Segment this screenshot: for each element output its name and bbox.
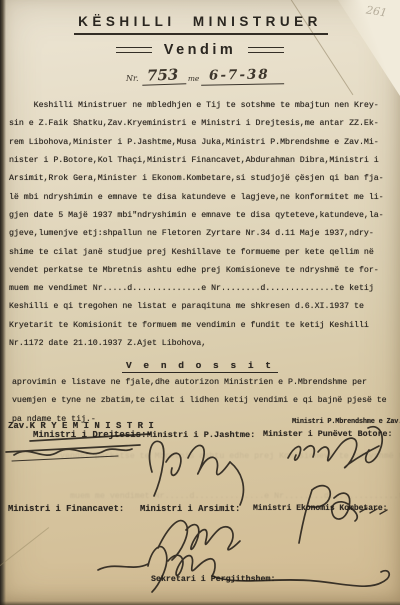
label-secretary-general: Sekretari i Pergjithshem:: [151, 575, 275, 584]
label-finance-minister: Ministri i Financavet:: [8, 504, 124, 514]
document-page: 261 KËSHILLI MINISTRUER Vendim Nr. 753 m…: [0, 0, 400, 605]
right-dash-ornament: [248, 47, 284, 53]
body-line: Keshilli Ministruer ne mbledhjen e Tij t…: [9, 97, 397, 115]
decision-date-handwritten: 6-7-38: [201, 66, 284, 85]
title-underline: [74, 33, 328, 35]
paper-left-edge: [0, 0, 6, 605]
left-dash-ornament: [116, 47, 152, 53]
decision-number-handwritten: 753: [141, 65, 186, 86]
body-line: shime te cilat janë studjue prej Keshill…: [9, 244, 397, 262]
subtitle-row: Vendim: [0, 42, 400, 58]
document-subtitle: Vendim: [164, 42, 237, 58]
nr-label: Nr.: [126, 74, 139, 85]
body-line: vuemjen e tyne ne zbatim,te cilat i lidh…: [12, 392, 398, 410]
decision-heading: V e n d o s s i t: [0, 355, 400, 373]
me-label: me: [186, 74, 202, 85]
body-line: nister i P.Botore,Kol Thaçi,Ministri Fin…: [9, 152, 397, 170]
signature-secretary-general: [98, 547, 389, 592]
paper-edge-bottom-left: [0, 527, 49, 571]
body-line: Kryetarit te Komisionit te formuem me ve…: [9, 317, 397, 335]
paper-bottom-edge: [0, 601, 400, 605]
body-line: Nr.1172 date 21.10.1937 Z.Ajet Libohova,: [9, 335, 397, 353]
document-title: KËSHILLI MINISTRUER: [0, 14, 400, 29]
body-line: rem Libohova,Minister i P.Jashtme,Musa J…: [9, 134, 397, 152]
body-line: lë mbi ndryshimin e emnave te disa katun…: [9, 189, 397, 207]
decision-body-paragraph: Keshilli Ministruer ne mbledhjen e Tij t…: [9, 97, 397, 353]
body-line: aprovimin e listave ne fjale,dhe autoriz…: [12, 374, 398, 392]
label-public-works-minister: Minister i Punëvet Botore:: [263, 430, 392, 439]
label-justice-minister: Ministri i Drejtesis:: [33, 430, 146, 440]
label-education-minister: Ministri i Arsimit:: [140, 504, 240, 514]
signature-education-minister: [158, 521, 240, 560]
number-date-line: Nr. 753 me 6-7-38: [126, 66, 284, 85]
label-interior-minister: Ministri P.Mbrendshme e Zav.: [292, 418, 400, 426]
body-line: muem me vendimet Nr.....d..............e…: [9, 280, 397, 298]
body-line: vendet perkatse te Mbretnis ashtu edhe p…: [9, 262, 397, 280]
label-foreign-minister: Ministri i P.Jashtme:: [147, 430, 255, 440]
body-line: Arsimit,Rrok Gera,Minister i Ekonom.Komb…: [9, 170, 397, 188]
body-line: gjeve,lumenjve etj:shpallun ne Fletoren …: [9, 225, 397, 243]
body-line: gjen date 5 Majë 1937 mbi"ndryshimin e e…: [9, 207, 397, 225]
body-line: sin e Z.Faik Shatku,Zav.Kryeministri e M…: [9, 115, 397, 133]
bleed-through-text: muem me vendimet Nr.....d..............e…: [70, 492, 400, 501]
body-line: Keshilli e qi tregohen ne listat e paraq…: [9, 298, 397, 316]
label-economy-minister: Ministri Ekonomis Kombetare:: [253, 504, 387, 513]
bleed-through-text: vendet perkatse te Mbretnis ashtu edhe p…: [60, 452, 400, 461]
